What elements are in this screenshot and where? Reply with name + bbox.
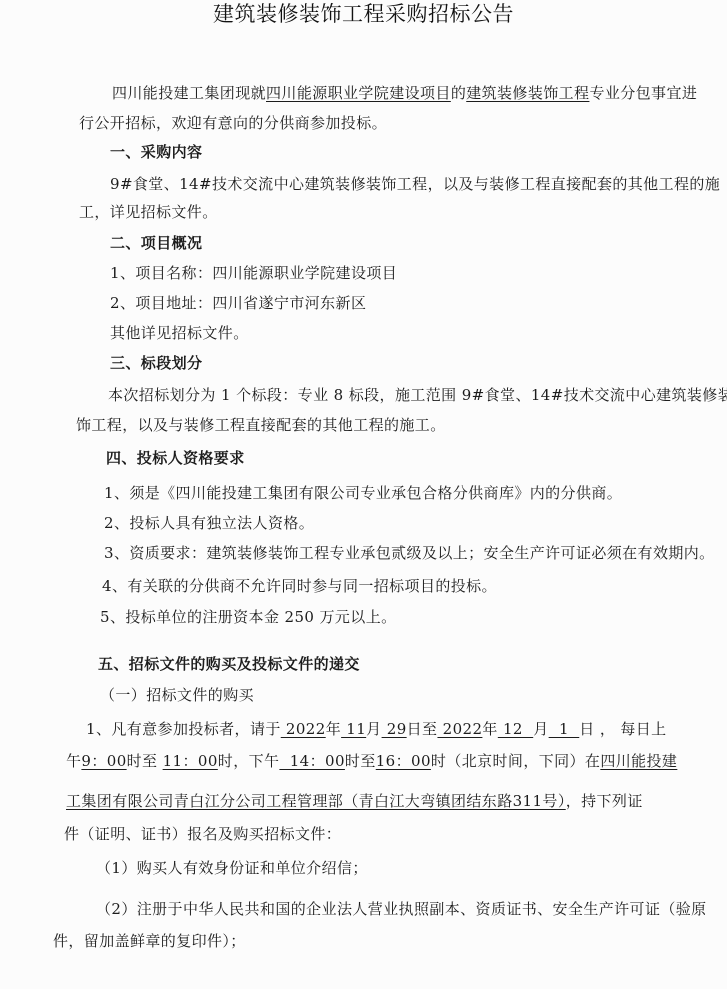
para-text: 年 xyxy=(482,720,497,738)
section-5-subheading: （一）招标文件的购买 xyxy=(100,684,254,706)
section-4-item: 3、资质要求：建筑装修装饰工程专业承包贰级及以上；安全生产许可证必须在有效期内。 xyxy=(104,542,715,564)
section-2-item: 其他详见招标文件。 xyxy=(110,322,249,344)
intro-line-1: 四川能投建工集团现就四川能源职业学院建设项目的建筑装修装饰工程专业分包事宜进 xyxy=(112,82,697,104)
end-year: 2022 xyxy=(437,720,482,738)
section-1-line-1: 9#食堂、14#技术交流中心建筑装修装饰工程，以及与装修工程直接配套的其他工程的… xyxy=(110,173,720,195)
para-text: 时，下午 xyxy=(218,752,280,770)
requirement-1: （1）购买人有效身份证和单位介绍信； xyxy=(96,857,368,879)
section-4-item: 1、须是《四川能投建工集团有限公司专业承包合格分供商库》内的分供商。 xyxy=(104,482,622,504)
section-2-item: 1、项目名称：四川能源职业学院建设项目 xyxy=(110,262,397,284)
section-4-heading: 四、投标人资格要求 xyxy=(106,447,245,469)
para-text: 月 xyxy=(366,720,381,738)
section-4-item: 4、有关联的分供商不允许同时参与同一招标项目的投标。 xyxy=(102,575,497,597)
purchase-para-line-4: 件（证明、证书）报名及购买招标文件： xyxy=(64,823,341,845)
section-4-item: 2、投标人具有独立法人资格。 xyxy=(104,512,314,534)
end-month: 12 xyxy=(498,720,533,738)
intro-text: 四川能投建工集团现就 xyxy=(112,84,266,102)
document-title: 建筑装修装饰工程采购招标公告 xyxy=(0,0,727,28)
para-text: 月 xyxy=(533,720,548,738)
am-start-time: 9：00 xyxy=(81,752,126,770)
start-year: 2022 xyxy=(281,720,326,738)
start-day: 29 xyxy=(382,720,407,738)
purchase-para-line-1: 1、凡有意参加投标者，请于 2022年 11月 29日至 2022年 12 月 … xyxy=(86,718,667,740)
para-text: 日至 xyxy=(407,720,438,738)
intro-text: 专业分包事宜进 xyxy=(589,84,697,102)
para-text: 年 xyxy=(326,720,341,738)
purchase-para-line-3: 工集团有限公司青白江分公司工程管理部（青白江大弯镇团结东路311号），持下列证 xyxy=(66,790,643,812)
project-name-underlined: 四川能源职业学院建设项目 xyxy=(266,84,451,102)
requirement-2-line-1: （2）注册于中华人民共和国的企业法人营业执照副本、资质证书、安全生产许可证（验原 xyxy=(96,898,707,920)
section-4-item: 5、投标单位的注册资本金 250 万元以上。 xyxy=(100,606,397,628)
location-underlined: 四川能投建 xyxy=(600,752,677,770)
purchase-para-line-2: 午9：00时至 11：00时，下午 14：00时至16：00时（北京时间，下同）… xyxy=(66,750,677,772)
pm-start-time: 14：00 xyxy=(279,752,345,770)
start-month: 11 xyxy=(341,720,366,738)
para-text: ，持下列证 xyxy=(566,792,643,810)
am-end-time: 11：00 xyxy=(163,752,218,770)
section-1-line-2: 工，详见招标文件。 xyxy=(79,201,218,223)
document-page: 建筑装修装饰工程采购招标公告 四川能投建工集团现就四川能源职业学院建设项目的建筑… xyxy=(0,0,727,989)
section-3-heading: 三、标段划分 xyxy=(110,352,202,374)
section-3-line-1: 本次招标划分为 1 个标段：专业 8 标段，施工范围 9#食堂、14#技术交流中… xyxy=(108,384,727,406)
intro-line-2: 行公开招标，欢迎有意向的分供商参加投标。 xyxy=(79,112,387,134)
section-3-line-2: 饰工程，以及与装修工程直接配套的其他工程的施工。 xyxy=(76,414,446,436)
para-text: 时（北京时间，下同）在 xyxy=(431,752,600,770)
para-text: 日 ， 每日上 xyxy=(579,720,666,738)
intro-text: 的 xyxy=(451,84,466,102)
para-text: 1、凡有意参加投标者，请于 xyxy=(86,720,281,738)
para-text: 时至 xyxy=(345,752,376,770)
section-2-item: 2、项目地址：四川省遂宁市河东新区 xyxy=(110,292,366,314)
section-1-heading: 一、采购内容 xyxy=(110,141,202,163)
para-text: 时至 xyxy=(127,752,163,770)
end-day: 1 xyxy=(549,720,580,738)
section-2-heading: 二、项目概况 xyxy=(110,232,202,254)
para-text: 午 xyxy=(66,752,81,770)
pm-end-time: 16：00 xyxy=(376,752,431,770)
requirement-2-line-2: 件，留加盖鲜章的复印件）； xyxy=(53,930,246,952)
section-5-heading: 五、招标文件的购买及投标文件的递交 xyxy=(98,653,360,675)
work-type-underlined: 建筑装修装饰工程 xyxy=(466,84,589,102)
location-underlined: 工集团有限公司青白江分公司工程管理部（青白江大弯镇团结东路311号） xyxy=(66,792,566,810)
